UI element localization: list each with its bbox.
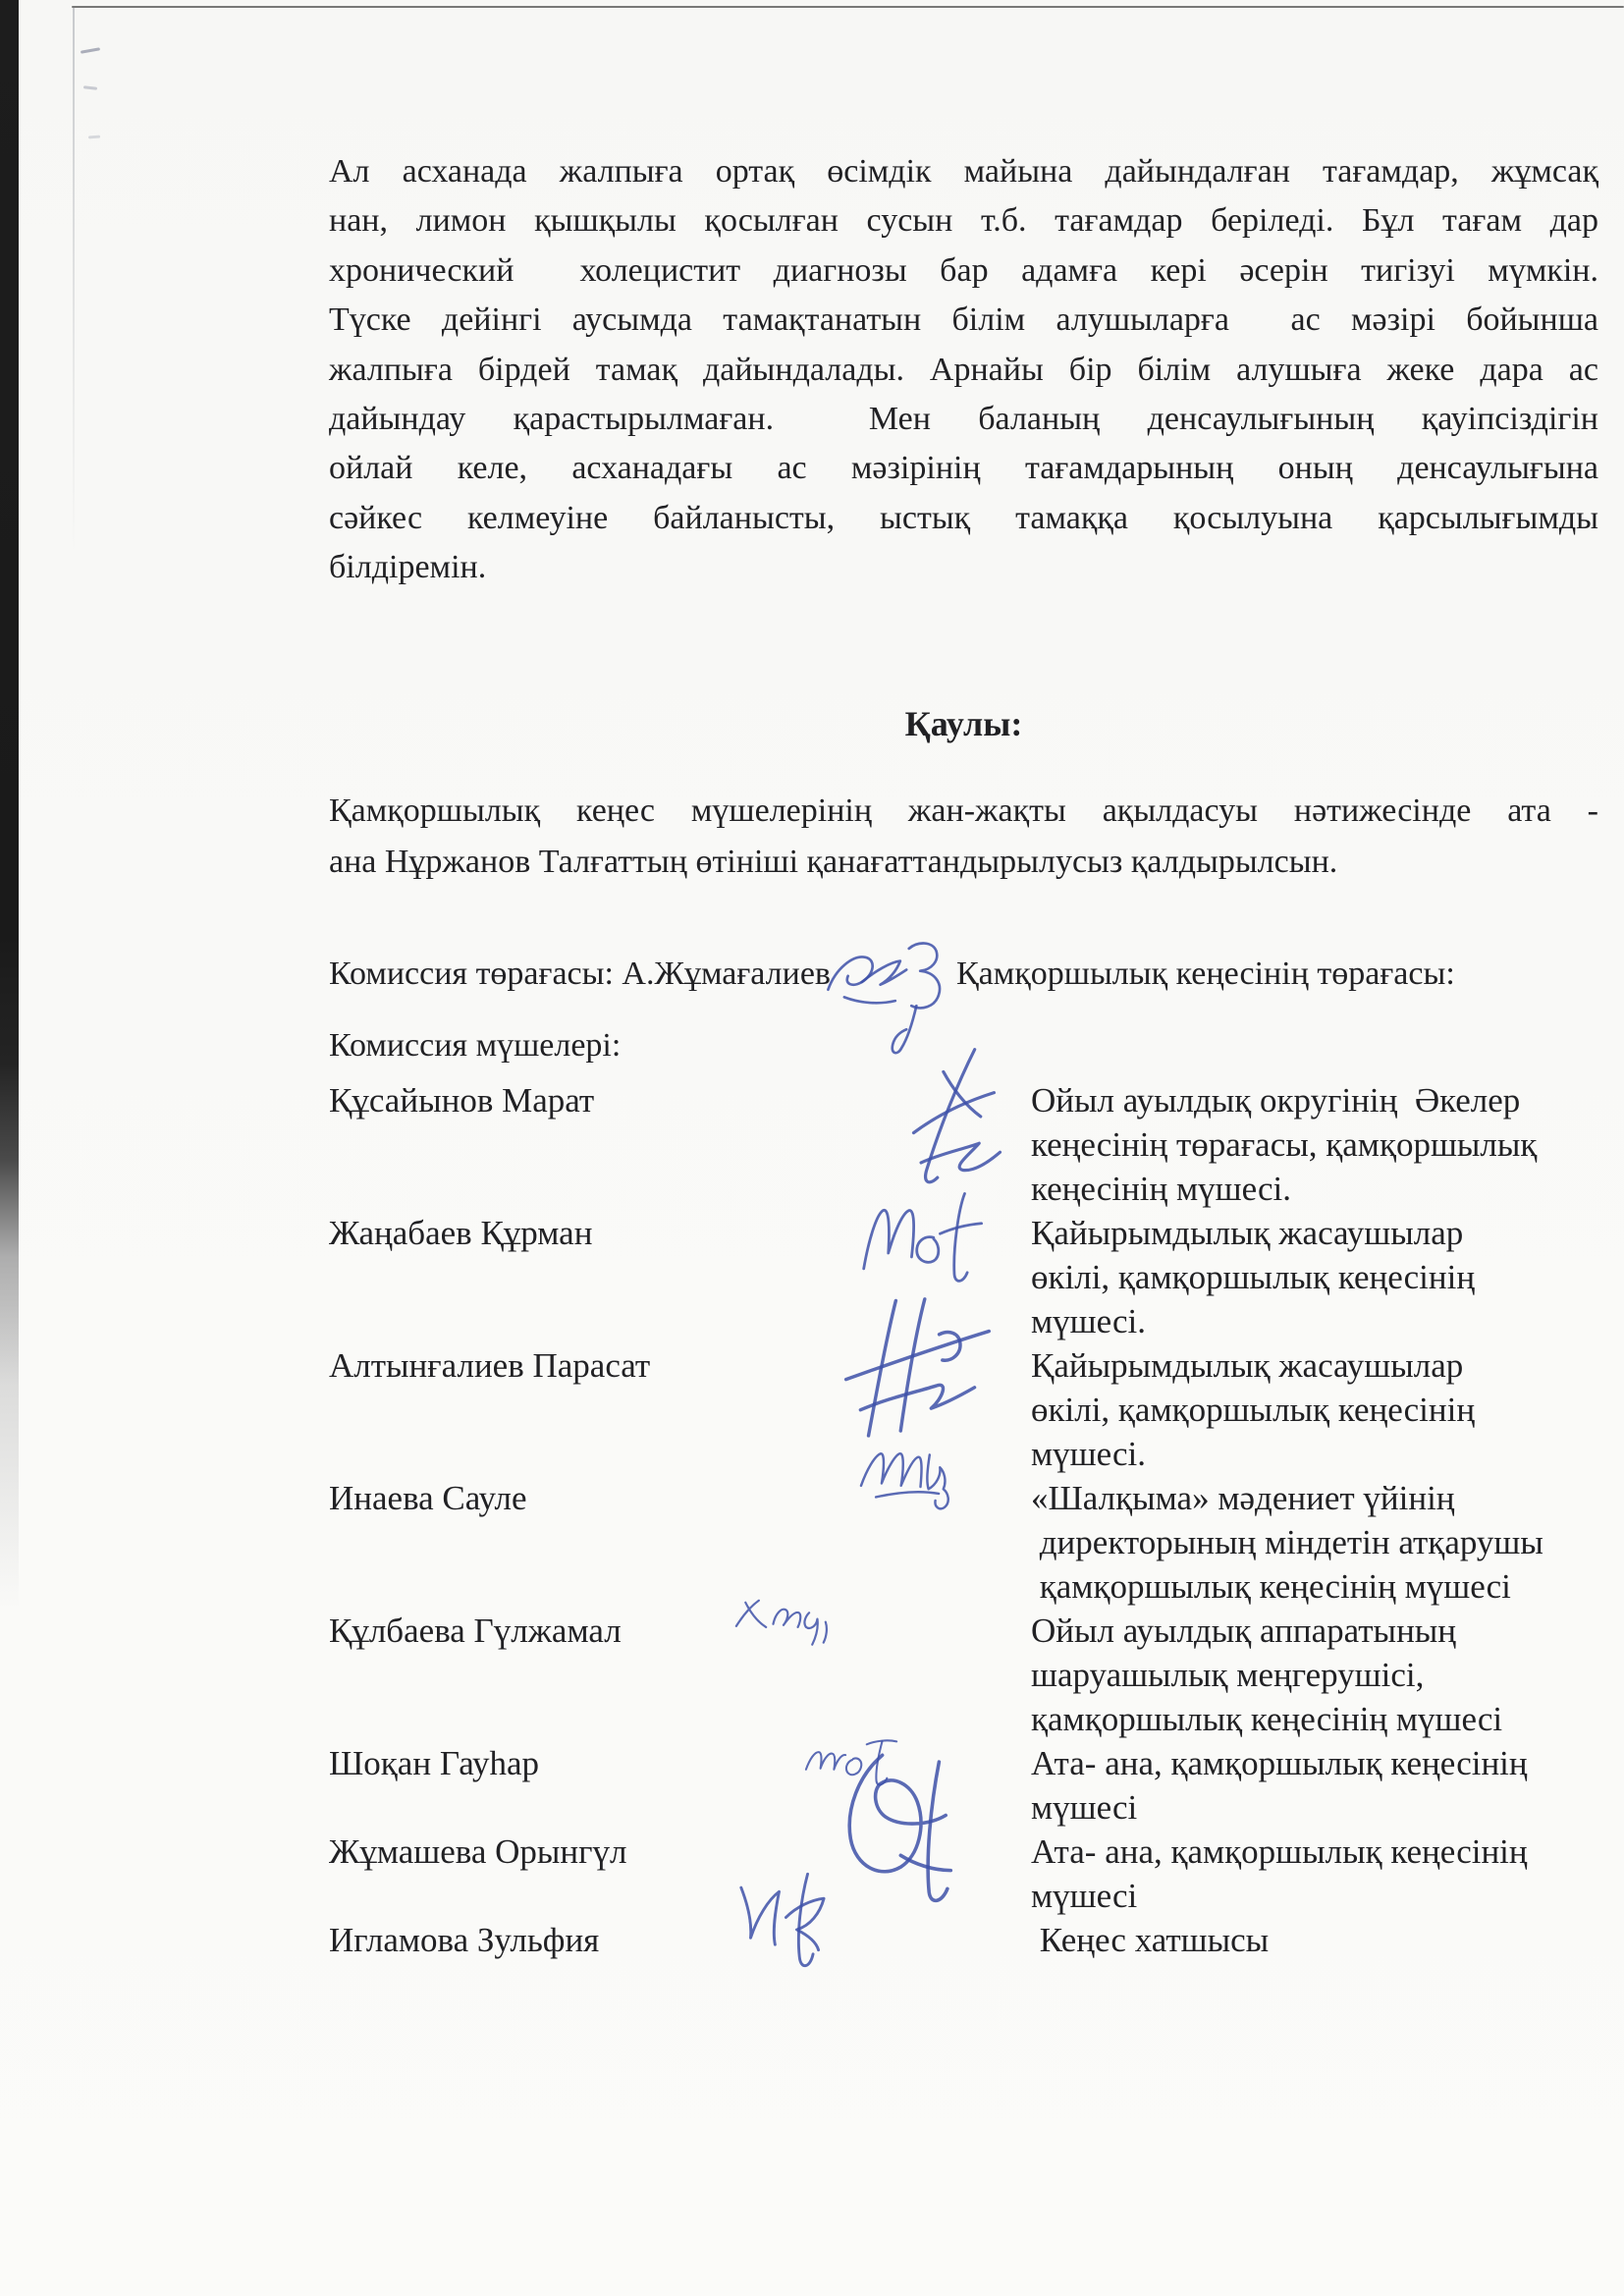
text-line: Ата- ана, қамқоршылық кеңесінің <box>1031 1741 1598 1785</box>
scan-artifact-left-edge <box>0 0 19 1611</box>
chairman-role-label: Қамқоршылық кеңесінің төрағасы: <box>956 956 1455 993</box>
text-line: ойлай келе, асханадағы ас мәзірінің таға… <box>329 444 1598 493</box>
chairman-signature <box>831 943 956 984</box>
member-role: «Шалқыма» мәдениет үйінің директорының м… <box>1031 1476 1598 1609</box>
member-role: Ата- ана, қамқоршылық кеңесініңмүшесі <box>1031 1830 1598 1918</box>
member-name: Шоқан Гауһар <box>329 1741 741 1785</box>
text-line: Ата- ана, қамқоршылық кеңесінің <box>1031 1830 1598 1874</box>
text-line: жалпыға бірдей тамақ дайындалады. Арнайы… <box>329 346 1598 395</box>
scan-artifact-smudge <box>83 85 97 89</box>
member-row: Игламова Зульфия Кеңес хатшысы <box>329 1918 1598 1962</box>
members-list: Құсайынов Марат Ойыл ауылдық округінің Ә… <box>329 1078 1598 1962</box>
text-line: білдіремін. <box>329 543 1598 592</box>
member-role: Ата- ана, қамқоршылық кеңесініңмүшесі <box>1031 1741 1598 1830</box>
scan-artifact-smudge <box>88 136 100 139</box>
text-line: Ойыл ауылдық округінің Әкелер <box>1031 1078 1598 1122</box>
text-line: мүшесі. <box>1031 1432 1598 1476</box>
text-line: қамқоршылық кеңесінің мүшесі <box>1031 1697 1598 1741</box>
member-row: Жаңабаев Құрман Қайырымдылық жасаушыларө… <box>329 1211 1598 1343</box>
text-line: мүшесі <box>1031 1785 1598 1830</box>
body-paragraph: Ал асханада жалпыға ортақ өсімдік майына… <box>329 147 1598 593</box>
member-signature <box>741 1211 1031 1255</box>
member-name: Инаева Сауле <box>329 1476 741 1520</box>
member-row: Құлбаева Гүлжамал Ойыл ауылдық аппаратын… <box>329 1609 1598 1741</box>
member-name: Құсайынов Марат <box>329 1078 741 1122</box>
scan-artifact-smudge <box>81 47 100 53</box>
member-signature <box>741 1830 1031 1874</box>
text-line: Ойыл ауылдық аппаратының <box>1031 1609 1598 1653</box>
chairman-name-label: Комиссия төрағасы: А.Жұмағалиев <box>329 956 831 993</box>
text-line: өкілі, қамқоршылық кеңесінің <box>1031 1255 1598 1299</box>
text-line: шаруашылық меңгерушісі, <box>1031 1653 1598 1697</box>
text-line: нан, лимон қышқылы қосылған сусын т.б. т… <box>329 196 1598 246</box>
text-line: Кеңес хатшысы <box>1031 1918 1598 1962</box>
member-signature <box>741 1918 1031 1962</box>
text-line: өкілі, қамқоршылық кеңесінің <box>1031 1388 1598 1432</box>
member-role: Қайырымдылық жасаушыларөкілі, қамқоршылы… <box>1031 1211 1598 1343</box>
member-row: Құсайынов Марат Ойыл ауылдық округінің Ә… <box>329 1078 1598 1211</box>
member-role: Кеңес хатшысы <box>1031 1918 1598 1962</box>
members-header: Комиссия мүшелері: <box>329 1027 621 1065</box>
text-line: Қайырымдылық жасаушылар <box>1031 1211 1598 1255</box>
text-line: хронический холецистит диагнозы бар адам… <box>329 246 1598 296</box>
text-line: сәйкес келмеуіне байланысты, ыстық тамақ… <box>329 494 1598 543</box>
text-line: Қамқоршылық кеңес мүшелерінің жан-жақты … <box>329 786 1598 837</box>
member-role: Ойыл ауылдық округінің Әкелеркеңесінің т… <box>1031 1078 1598 1211</box>
member-signature <box>741 1741 1031 1785</box>
member-name: Игламова Зульфия <box>329 1918 741 1962</box>
text-line: кеңесінің төрағасы, қамқоршылық <box>1031 1122 1598 1167</box>
member-role: Ойыл ауылдық аппаратыныңшаруашылық меңге… <box>1031 1609 1598 1741</box>
member-name: Алтынғалиев Парасат <box>329 1343 741 1388</box>
text-line: мүшесі. <box>1031 1299 1598 1343</box>
text-line: директорының міндетін атқарушы <box>1031 1520 1598 1564</box>
text-line: Түске дейінгі аусымда тамақтанатын білім… <box>329 296 1598 345</box>
member-signature <box>741 1476 1031 1520</box>
member-row: Инаева Сауле «Шалқыма» мәдениет үйінің д… <box>329 1476 1598 1609</box>
member-name: Жұмашева Орынгүл <box>329 1830 741 1874</box>
chairman-line: Комиссия төрағасы: А.Жұмағалиев Қамқоршы… <box>329 943 1598 993</box>
scanned-document-page: Ал асханада жалпыға ортақ өсімдік майына… <box>0 0 1624 2296</box>
scan-artifact-crease <box>73 8 75 558</box>
member-role: Қайырымдылық жасаушыларөкілі, қамқоршылы… <box>1031 1343 1598 1476</box>
member-row: Жұмашева Орынгүл Ата- ана, қамқоршылық к… <box>329 1830 1598 1918</box>
signature-ink <box>817 886 966 1096</box>
member-signature <box>741 1343 1031 1388</box>
text-line: «Шалқыма» мәдениет үйінің <box>1031 1476 1598 1520</box>
text-line: дайындау қарастырылмаған. Мен баланың де… <box>329 395 1598 444</box>
scan-artifact-top-line <box>72 6 1624 8</box>
text-line: мүшесі <box>1031 1874 1598 1918</box>
decision-paragraph: Қамқоршылық кеңес мүшелерінің жан-жақты … <box>329 786 1598 888</box>
text-line: ана Нұржанов Талғаттың өтініші қанағатта… <box>329 837 1598 888</box>
member-row: Шоқан Гауһар Ата- ана, қамқоршылық кеңес… <box>329 1741 1598 1830</box>
member-signature <box>741 1078 1031 1122</box>
text-line: Қайырымдылық жасаушылар <box>1031 1343 1598 1388</box>
member-name: Құлбаева Гүлжамал <box>329 1609 741 1653</box>
text-line: қамқоршылық кеңесінің мүшесі <box>1031 1564 1598 1609</box>
member-signature <box>741 1609 1031 1653</box>
decision-heading: Қаулы: <box>329 703 1598 744</box>
text-line: кеңесінің мүшесі. <box>1031 1167 1598 1211</box>
text-line: Ал асханада жалпыға ортақ өсімдік майына… <box>329 147 1598 196</box>
signature-ink <box>869 1037 1048 1214</box>
member-row: Алтынғалиев Парасат Қайырымдылық жасаушы… <box>329 1343 1598 1476</box>
member-name: Жаңабаев Құрман <box>329 1211 741 1255</box>
